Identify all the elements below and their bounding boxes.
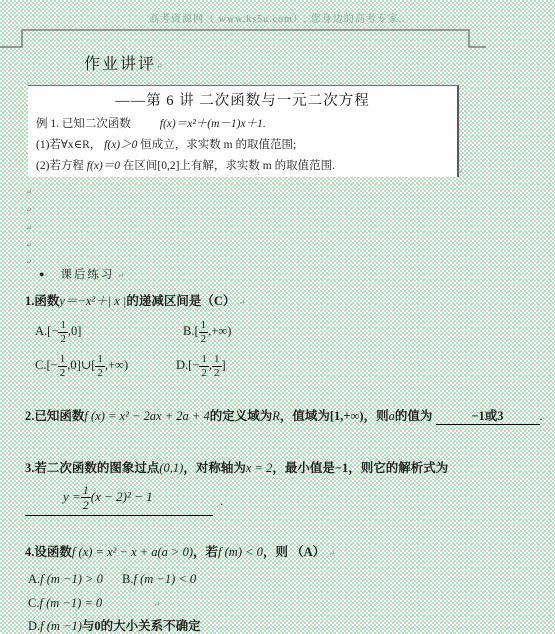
page-title-text: 作业讲评 (84, 56, 156, 73)
item1-pre: (1)若∀x∈R， (36, 139, 101, 151)
paragraph-mark: ↵ (26, 258, 32, 266)
paragraph-mark: ↵ (26, 224, 32, 232)
q1-pre: 函数 (34, 294, 59, 308)
fraction-denominator: 2 (212, 367, 222, 379)
q1-answer: 的递减区间是（C） (126, 294, 235, 308)
q3-mid1: ，对称轴为 (183, 461, 246, 475)
q4-optA-math: f (m −1) > 0 (40, 572, 103, 586)
q4-mid1: ，若 (193, 545, 218, 559)
paragraph-mark: ↵ (153, 600, 160, 609)
paragraph-mark: ↵ (26, 188, 32, 196)
document-page: 高考资源网（ www.ks5u.com）, 您身边的高考专家.. 作业讲评↵ —… (0, 0, 555, 634)
example-label: 例 1. 已知二次函数 (36, 118, 131, 130)
q1-number: 1. (25, 294, 34, 308)
question-2: 2.已知函数f (x) = x² − 2ax + 2a + 4的定义域为R，值域… (25, 406, 550, 425)
fraction-numerator: 1 (58, 320, 68, 333)
q1-option-a: A.[−12,0] (35, 320, 81, 345)
paragraph-mark: ↵ (456, 167, 463, 176)
fraction-denominator: 2 (95, 367, 105, 379)
lecture-box: ——第 6 讲 二次函数与一元二次方程 例 1. 已知二次函数 f(x)＝x²＋… (28, 85, 459, 177)
fraction: 12 (212, 354, 222, 379)
q4-optC-math: f (m −1) = 0 (39, 596, 102, 610)
q1-option-b: B.[12,+∞) (183, 320, 231, 345)
fraction-numerator: 1 (199, 354, 209, 367)
q1-option-c: C.[−12,0]∪[12,+∞) (35, 354, 128, 379)
bullet-icon: ● (39, 269, 44, 279)
item2-math: f(x)＝0 (87, 160, 120, 172)
q4-optC-label: C. (28, 596, 39, 610)
fraction-denominator: 2 (58, 333, 68, 345)
q4-optD-text: 与0的大小关系不确定 (82, 619, 201, 633)
q4-pre: 设函数 (34, 545, 72, 559)
fraction: 12 (199, 320, 209, 345)
item1-math: f(x)＞0 (104, 139, 137, 151)
item1-post: 恒成立，求实数 m 的取值范围; (140, 139, 296, 151)
page-title: 作业讲评↵ (84, 51, 165, 74)
item2-pre: (2)若方程 (36, 160, 84, 172)
paragraph-mark: ↵ (26, 241, 32, 249)
q1-optB-pre: B.[ (183, 324, 199, 338)
q2-mid1: 的定义域为 (210, 409, 273, 423)
q4-math2: f (m) < 0 (218, 545, 263, 559)
q4-math1: f (x) = x² − x + a(a > 0) (72, 545, 193, 559)
fraction-denominator: 2 (58, 367, 68, 379)
q1-option-d: D.[−12,12] (176, 354, 226, 379)
fraction: 12 (199, 354, 209, 379)
q3-number: 3. (25, 461, 34, 475)
q4-answer: ，则 （A） (263, 545, 325, 559)
q4-option-b: B.f (m −1) < 0 (122, 572, 196, 587)
q4-optD-math: f (m −1) (40, 619, 82, 633)
q4-optA-label: A. (28, 572, 40, 586)
q4-option-d: D.f (m −1)与0的大小关系不确定 (28, 616, 201, 634)
paragraph-mark: ↵ (117, 271, 124, 280)
fraction-numerator: 1 (58, 354, 68, 367)
q2-mid3: 的值为 (395, 409, 433, 423)
paragraph-mark: ↵ (26, 206, 32, 214)
fraction-denominator: 2 (199, 367, 209, 379)
practice-heading: ●课后练习 ↵ (39, 266, 124, 282)
q2-mid2: ，值域为[1,+∞)，则 (280, 409, 389, 423)
q2-number: 2. (25, 409, 34, 423)
example-line: 例 1. 已知二次函数 f(x)＝x²＋(m－1)x＋1. (36, 115, 449, 131)
q3-mid2: ，最小值是−1，则它的解析式为 (272, 461, 448, 475)
q3-answer-formula: y =12(x − 2)² − 1 (63, 489, 153, 504)
q3-ans-post: (x − 2)² − 1 (91, 489, 153, 504)
q1-optB-post: ,+∞) (208, 324, 231, 338)
q2-math1: f (x) = x² − 2ax + 2a + 4 (84, 409, 209, 423)
q2-period: . (540, 409, 543, 423)
q1-optA-pre: A.[− (35, 324, 58, 338)
q1-math: y＝−x²＋| x | (59, 294, 126, 308)
paragraph-mark: ↵ (156, 62, 165, 71)
question-3: 3.若二次函数的图象过点(0,1)，对称轴为x = 2，最小值是−1，则它的解析… (25, 458, 550, 476)
fraction-denominator: 2 (81, 498, 91, 511)
q3-math1: (0,1) (159, 461, 183, 475)
q3-period: . (220, 494, 223, 509)
q4-optD-label: D. (28, 619, 40, 633)
fraction: 12 (81, 484, 91, 511)
q3-pre: 若二次函数的图象过点 (34, 461, 159, 475)
fraction-numerator: 1 (212, 354, 222, 367)
q1-optC-post: ,+∞) (105, 358, 128, 372)
q1-optD-pre: D.[− (176, 358, 199, 372)
question-1: 1.函数y＝−x²＋| x |的递减区间是（C） ↵ (25, 291, 245, 309)
q1-optD-post: ] (222, 358, 226, 372)
q4-number: 4. (25, 545, 34, 559)
q1-optA-post: ,0] (68, 324, 82, 338)
q1-optC-mid: ,0]∪[ (67, 358, 95, 372)
q4-optB-label: B. (122, 572, 133, 586)
item2-post: 在区间[0,2]上有解，求实数 m 的取值范围. (123, 160, 335, 172)
fraction-numerator: 1 (95, 354, 105, 367)
q2-answer-underline: −1或3 (436, 406, 540, 425)
paragraph-mark: ↵ (328, 549, 335, 558)
example-item-1: (1)若∀x∈R， f(x)＞0 恒成立，求实数 m 的取值范围; (36, 136, 449, 152)
example-formula: f(x)＝x²＋(m－1)x＋1. (160, 118, 266, 130)
q3-math2: x = 2 (246, 461, 272, 475)
q2-math2: R (272, 409, 280, 423)
q1-optC-pre: C.[− (35, 358, 58, 372)
fraction: 12 (58, 354, 68, 379)
practice-heading-label: 课后练习 (60, 269, 114, 281)
fraction-numerator: 1 (81, 484, 91, 498)
q3-ans-pre: y = (63, 489, 81, 504)
fraction-numerator: 1 (199, 320, 209, 333)
q4-option-a: A.f (m −1) > 0 (28, 572, 103, 587)
question-4: 4.设函数f (x) = x² − x + a(a > 0)，若f (m) < … (25, 542, 550, 560)
q3-answer-underline: y =12(x − 2)² − 1 (25, 484, 213, 516)
example-item-2: (2)若方程 f(x)＝0 在区间[0,2]上有解，求实数 m 的取值范围. (36, 157, 449, 173)
q4-optB-math: f (m −1) < 0 (133, 572, 196, 586)
q4-option-c: C.f (m −1) = 0 ↵ (28, 596, 160, 611)
fraction-denominator: 2 (199, 333, 209, 345)
paragraph-mark: ↵ (239, 298, 246, 307)
lecture-heading: ——第 6 讲 二次函数与一元二次方程 (36, 89, 449, 110)
q2-pre: 已知函数 (34, 409, 84, 423)
fraction: 12 (95, 354, 105, 379)
fraction: 12 (58, 320, 68, 345)
